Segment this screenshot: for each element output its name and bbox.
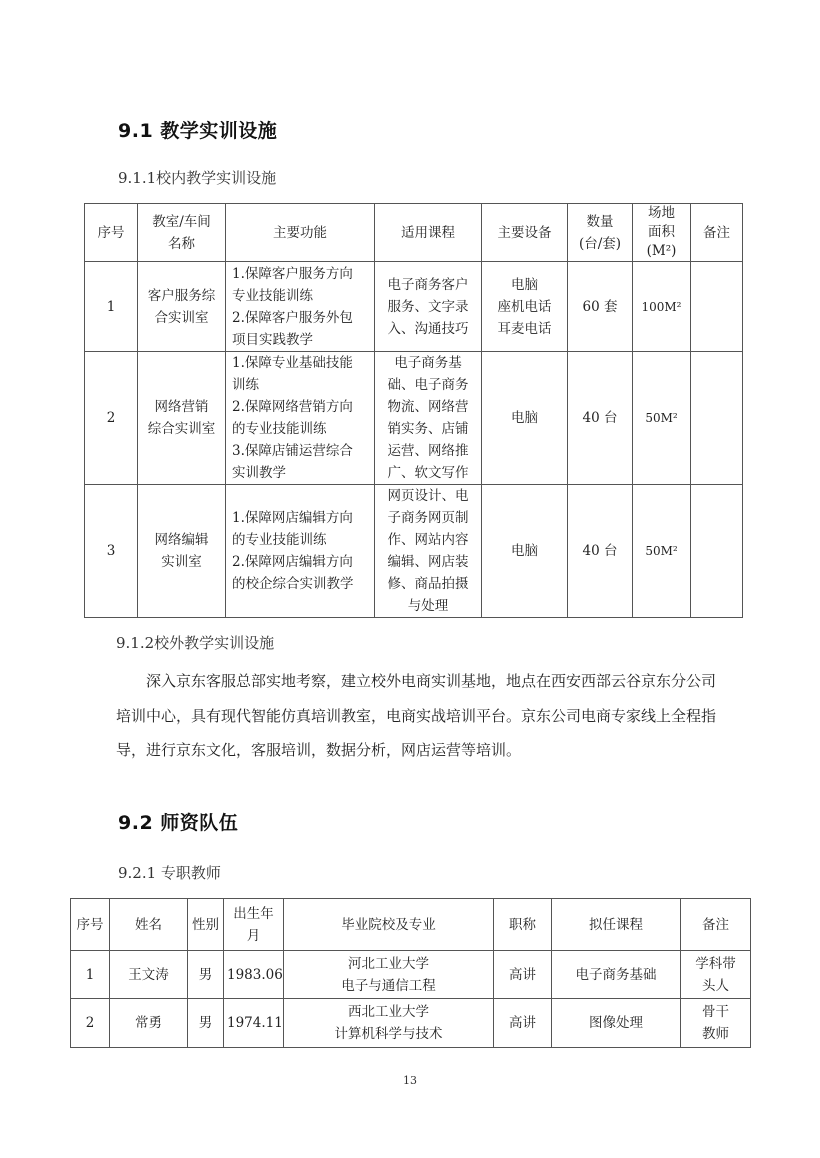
cell-gender: 男 bbox=[188, 951, 224, 999]
header-no: 序号 bbox=[71, 899, 110, 951]
header-course: 适用课程 bbox=[375, 204, 482, 262]
cell-school: 河北工业大学 电子与通信工程 bbox=[284, 951, 494, 999]
header-qty: 数量 (台/套) bbox=[568, 204, 633, 262]
header-function: 主要功能 bbox=[226, 204, 375, 262]
cell-room: 客户服务综 合实训室 bbox=[138, 262, 226, 352]
table-row: 1 王文涛 男 1983.06 河北工业大学 电子与通信工程 高讲 电子商务基础… bbox=[71, 951, 751, 999]
cell-title: 高讲 bbox=[494, 999, 552, 1048]
subsection-title-9-1-1: 9.1.1校内教学实训设施 bbox=[118, 167, 276, 188]
table-header-row: 序号 姓名 性别 出生年月 毕业院校及专业 职称 拟任课程 备注 bbox=[71, 899, 751, 951]
subsection-title-9-2-1: 9.2.1 专职教师 bbox=[118, 862, 221, 883]
cell-gender: 男 bbox=[188, 999, 224, 1048]
cell-function: 1.保障网店编辑方向 的专业技能训练 2.保障网店编辑方向 的校企综合实训教学 bbox=[226, 485, 375, 618]
cell-no: 1 bbox=[85, 262, 138, 352]
cell-equipment: 电脑 座机电话 耳麦电话 bbox=[482, 262, 568, 352]
cell-no: 2 bbox=[71, 999, 110, 1048]
header-note: 备注 bbox=[681, 899, 751, 951]
faculty-table: 序号 姓名 性别 出生年月 毕业院校及专业 职称 拟任课程 备注 1 王文涛 男… bbox=[70, 898, 751, 1048]
header-gender: 性别 bbox=[188, 899, 224, 951]
cell-room: 网络编辑 实训室 bbox=[138, 485, 226, 618]
subsection-title-9-1-2: 9.1.2校外教学实训设施 bbox=[116, 632, 274, 653]
cell-course: 网页设计、电 子商务网页制 作、网站内容 编辑、网店装 修、商品拍摄 与处理 bbox=[375, 485, 482, 618]
table-row: 3 网络编辑 实训室 1.保障网店编辑方向 的专业技能训练 2.保障网店编辑方向… bbox=[85, 485, 743, 618]
section-title-9-2: 9.2 师资队伍 bbox=[118, 808, 238, 835]
header-note: 备注 bbox=[691, 204, 743, 262]
cell-birth: 1983.06 bbox=[224, 951, 284, 999]
cell-birth: 1974.11 bbox=[224, 999, 284, 1048]
cell-school: 西北工业大学 计算机科学与技术 bbox=[284, 999, 494, 1048]
cell-no: 1 bbox=[71, 951, 110, 999]
cell-note: 学科带 头人 bbox=[681, 951, 751, 999]
cell-equipment: 电脑 bbox=[482, 485, 568, 618]
header-birth: 出生年月 bbox=[224, 899, 284, 951]
cell-course: 图像处理 bbox=[552, 999, 681, 1048]
cell-note bbox=[691, 352, 743, 485]
header-equipment: 主要设备 bbox=[482, 204, 568, 262]
cell-area: 50M² bbox=[633, 352, 691, 485]
table-row: 2 网络营销 综合实训室 1.保障专业基础技能 训练 2.保障网络营销方向 的专… bbox=[85, 352, 743, 485]
header-no: 序号 bbox=[85, 204, 138, 262]
off-campus-paragraph: 深入京东客服总部实地考察，建立校外电商实训基地，地点在西安西部云谷京东分公司培训… bbox=[116, 664, 716, 768]
cell-note: 骨干 教师 bbox=[681, 999, 751, 1048]
cell-course: 电子商务客户 服务、文字录 入、沟通技巧 bbox=[375, 262, 482, 352]
table-row: 1 客户服务综 合实训室 1.保障客户服务方向 专业技能训练 2.保障客户服务外… bbox=[85, 262, 743, 352]
cell-function: 1.保障专业基础技能 训练 2.保障网络营销方向 的专业技能训练 3.保障店铺运… bbox=[226, 352, 375, 485]
cell-course: 电子商务基础 bbox=[552, 951, 681, 999]
cell-room: 网络营销 综合实训室 bbox=[138, 352, 226, 485]
cell-note bbox=[691, 262, 743, 352]
cell-title: 高讲 bbox=[494, 951, 552, 999]
header-room: 教室/车间 名称 bbox=[138, 204, 226, 262]
header-name: 姓名 bbox=[110, 899, 188, 951]
cell-course: 电子商务基 础、电子商务 物流、网络营 销实务、店铺 运营、网络推 广、软文写作 bbox=[375, 352, 482, 485]
cell-name: 王文涛 bbox=[110, 951, 188, 999]
section-title-9-1: 9.1 教学实训设施 bbox=[118, 116, 277, 143]
cell-name: 常勇 bbox=[110, 999, 188, 1048]
training-facilities-table: 序号 教室/车间 名称 主要功能 适用课程 主要设备 数量 (台/套) 场地 面… bbox=[84, 203, 743, 618]
cell-qty: 40 台 bbox=[568, 485, 633, 618]
header-title: 职称 bbox=[494, 899, 552, 951]
cell-area: 100M² bbox=[633, 262, 691, 352]
cell-equipment: 电脑 bbox=[482, 352, 568, 485]
table-row: 2 常勇 男 1974.11 西北工业大学 计算机科学与技术 高讲 图像处理 骨… bbox=[71, 999, 751, 1048]
cell-function: 1.保障客户服务方向 专业技能训练 2.保障客户服务外包 项目实践教学 bbox=[226, 262, 375, 352]
header-course: 拟任课程 bbox=[552, 899, 681, 951]
header-area: 场地 面积 (M²) bbox=[633, 204, 691, 262]
header-school: 毕业院校及专业 bbox=[284, 899, 494, 951]
cell-no: 2 bbox=[85, 352, 138, 485]
cell-area: 50M² bbox=[633, 485, 691, 618]
cell-qty: 60 套 bbox=[568, 262, 633, 352]
cell-no: 3 bbox=[85, 485, 138, 618]
table-header-row: 序号 教室/车间 名称 主要功能 适用课程 主要设备 数量 (台/套) 场地 面… bbox=[85, 204, 743, 262]
cell-qty: 40 台 bbox=[568, 352, 633, 485]
cell-note bbox=[691, 485, 743, 618]
page-number: 13 bbox=[0, 1074, 820, 1087]
